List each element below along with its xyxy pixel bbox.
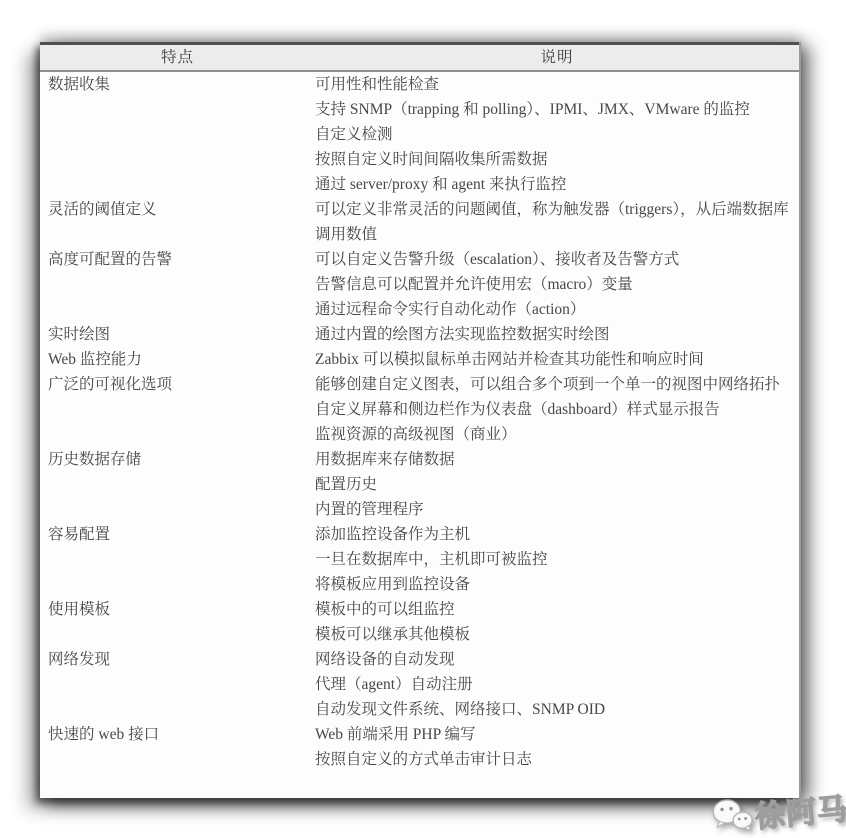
description-line: 自定义检测 (315, 122, 793, 147)
table-row: 快速的 web 接口Web 前端采用 PHP 编写按照自定义的方式单击审计日志 (40, 722, 799, 772)
description-line: 支持 SNMP（trapping 和 polling）、IPMI、JMX、VMw… (315, 97, 793, 122)
description-line: 按照自定义的方式单击审计日志 (315, 747, 793, 772)
column-header-description: 说明 (315, 45, 799, 70)
description-line: 内置的管理程序 (315, 497, 793, 522)
description-cell: 可以定义非常灵活的问题阈值，称为触发器（triggers），从后端数据库调用数值 (315, 197, 799, 247)
table-header-row: 特点 说明 (40, 42, 799, 72)
description-line: 通过远程命令实行自动化动作（action） (315, 297, 793, 322)
table-row: 灵活的阈值定义可以定义非常灵活的问题阈值，称为触发器（triggers），从后端… (40, 197, 799, 247)
description-cell: 模板中的可以组监控模板可以继承其他模板 (315, 597, 799, 647)
features-table: 特点 说明 数据收集可用性和性能检查支持 SNMP（trapping 和 pol… (40, 42, 799, 772)
description-cell: 用数据库来存储数据配置历史内置的管理程序 (315, 447, 799, 522)
description-line: 用数据库来存储数据 (315, 447, 793, 472)
table-row: 广泛的可视化选项能够创建自定义图表，可以组合多个项到一个单一的视图中网络拓扑自定… (40, 372, 799, 447)
table-row: 历史数据存储用数据库来存储数据配置历史内置的管理程序 (40, 447, 799, 522)
feature-cell: 容易配置 (40, 522, 315, 597)
description-line: Web 前端采用 PHP 编写 (315, 722, 793, 747)
feature-cell: 高度可配置的告警 (40, 247, 315, 322)
description-line: 通过内置的绘图方法实现监控数据实时绘图 (315, 322, 793, 347)
description-line: 自定义屏幕和侧边栏作为仪表盘（dashboard）样式显示报告 (315, 397, 793, 422)
description-cell: Zabbix 可以模拟鼠标单击网站并检查其功能性和响应时间 (315, 347, 799, 372)
table-row: 实时绘图通过内置的绘图方法实现监控数据实时绘图 (40, 322, 799, 347)
table-body: 数据收集可用性和性能检查支持 SNMP（trapping 和 polling）、… (40, 72, 799, 772)
feature-cell: 历史数据存储 (40, 447, 315, 522)
table-row: 高度可配置的告警可以自定义告警升级（escalation）、接收者及告警方式告警… (40, 247, 799, 322)
description-cell: 添加监控设备作为主机一旦在数据库中，主机即可被监控将模板应用到监控设备 (315, 522, 799, 597)
feature-cell: 实时绘图 (40, 322, 315, 347)
table-row: 网络发现网络设备的自动发现代理（agent）自动注册自动发现文件系统、网络接口、… (40, 647, 799, 722)
table-row: Web 监控能力Zabbix 可以模拟鼠标单击网站并检查其功能性和响应时间 (40, 347, 799, 372)
description-line: 模板中的可以组监控 (315, 597, 793, 622)
description-line: 网络设备的自动发现 (315, 647, 793, 672)
feature-cell: 数据收集 (40, 72, 315, 197)
description-cell: 通过内置的绘图方法实现监控数据实时绘图 (315, 322, 799, 347)
description-cell: 可用性和性能检查支持 SNMP（trapping 和 polling）、IPMI… (315, 72, 799, 197)
feature-cell: 网络发现 (40, 647, 315, 722)
description-line: 可以自定义告警升级（escalation）、接收者及告警方式 (315, 247, 793, 272)
description-line: 添加监控设备作为主机 (315, 522, 793, 547)
column-header-feature: 特点 (40, 45, 315, 70)
description-line: 模板可以继承其他模板 (315, 622, 793, 647)
feature-cell: 快速的 web 接口 (40, 722, 315, 772)
description-line: 代理（agent）自动注册 (315, 672, 793, 697)
description-line: 告警信息可以配置并允许使用宏（macro）变量 (315, 272, 793, 297)
feature-cell: 使用模板 (40, 597, 315, 647)
description-line: 自动发现文件系统、网络接口、SNMP OID (315, 697, 793, 722)
feature-cell: Web 监控能力 (40, 347, 315, 372)
feature-cell: 灵活的阈值定义 (40, 197, 315, 247)
description-line: 通过 server/proxy 和 agent 来执行监控 (315, 172, 793, 197)
feature-cell: 广泛的可视化选项 (40, 372, 315, 447)
description-line: 一旦在数据库中，主机即可被监控 (315, 547, 793, 572)
description-cell: Web 前端采用 PHP 编写按照自定义的方式单击审计日志 (315, 722, 799, 772)
scanned-page: 特点 说明 数据收集可用性和性能检查支持 SNMP（trapping 和 pol… (40, 42, 801, 798)
description-cell: 可以自定义告警升级（escalation）、接收者及告警方式告警信息可以配置并允… (315, 247, 799, 322)
description-cell: 网络设备的自动发现代理（agent）自动注册自动发现文件系统、网络接口、SNMP… (315, 647, 799, 722)
description-cell: 能够创建自定义图表，可以组合多个项到一个单一的视图中网络拓扑自定义屏幕和侧边栏作… (315, 372, 799, 447)
description-line: 能够创建自定义图表，可以组合多个项到一个单一的视图中网络拓扑 (315, 372, 793, 397)
description-line: 按照自定义时间间隔收集所需数据 (315, 147, 793, 172)
description-line: 监视资源的高级视图（商业） (315, 422, 793, 447)
table-row: 数据收集可用性和性能检查支持 SNMP（trapping 和 polling）、… (40, 72, 799, 197)
description-line: 可用性和性能检查 (315, 72, 793, 97)
table-row: 容易配置添加监控设备作为主机一旦在数据库中，主机即可被监控将模板应用到监控设备 (40, 522, 799, 597)
table-row: 使用模板模板中的可以组监控模板可以继承其他模板 (40, 597, 799, 647)
wechat-icon (710, 795, 755, 837)
description-line: 配置历史 (315, 472, 793, 497)
description-line: Zabbix 可以模拟鼠标单击网站并检查其功能性和响应时间 (315, 347, 793, 372)
description-line: 将模板应用到监控设备 (315, 572, 793, 597)
description-line: 可以定义非常灵活的问题阈值，称为触发器（triggers），从后端数据库调用数值 (315, 197, 793, 247)
